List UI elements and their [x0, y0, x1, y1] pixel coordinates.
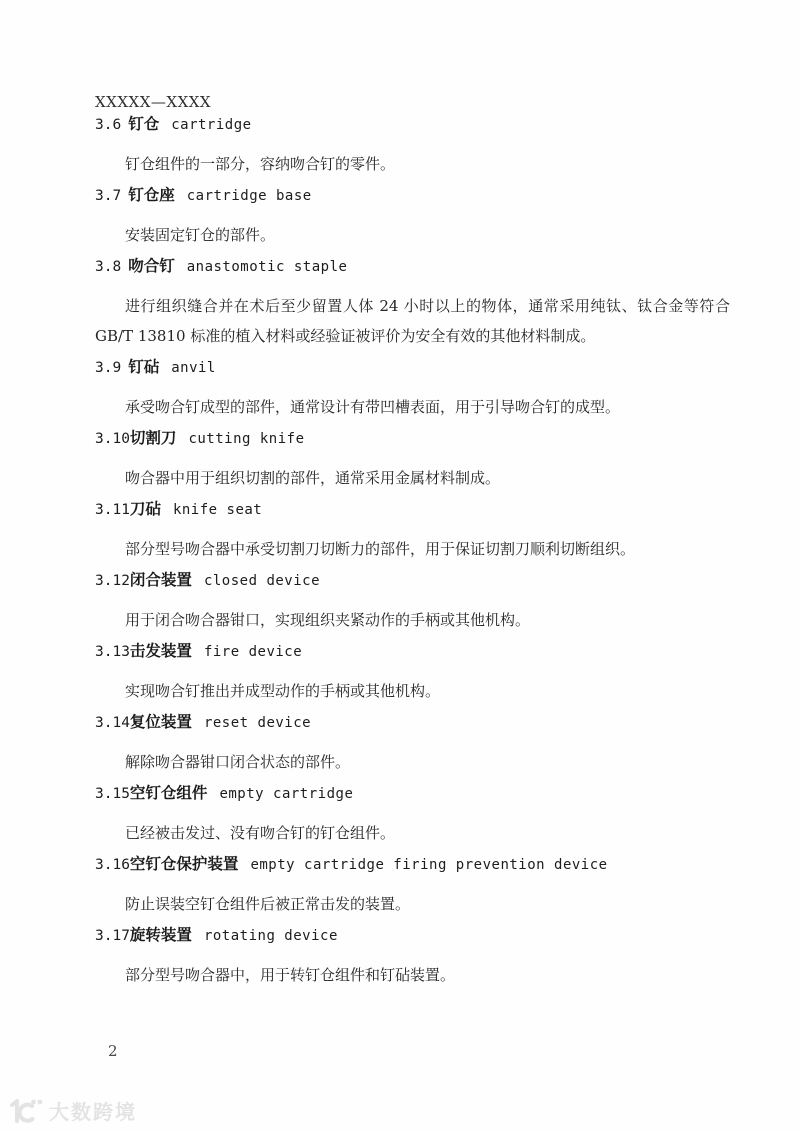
- term-section-3-15: 3.15空钉仓组件empty cartridge 已经被击发过、没有吻合钉的钉仓…: [95, 783, 730, 848]
- term-number: 3.10: [95, 431, 130, 447]
- term-heading: 3.14复位装置reset device: [95, 712, 730, 733]
- term-number: 3.15: [95, 786, 130, 802]
- term-name-en: reset device: [204, 715, 311, 731]
- term-number: 3.17: [95, 928, 130, 944]
- term-heading: 3.9钉砧anvil: [95, 357, 730, 378]
- term-number: 3.16: [95, 857, 130, 873]
- term-heading: 3.13击发装置fire device: [95, 641, 730, 662]
- term-name-cn: 击发装置: [130, 642, 192, 660]
- term-number: 3.6: [95, 117, 121, 133]
- term-section-3-8: 3.8吻合钉anastomotic staple 进行组织缝合并在术后至少留置人…: [95, 256, 730, 351]
- term-definition: 实现吻合钉推出并成型动作的手柄或其他机构。: [95, 676, 730, 706]
- document-code: XXXXX—XXXX: [95, 94, 730, 111]
- page-number: 2: [108, 1042, 730, 1060]
- term-name-en: empty cartridge: [219, 786, 353, 802]
- term-section-3-17: 3.17旋转装置rotating device 部分型号吻合器中，用于转钉仓组件…: [95, 925, 730, 990]
- term-name-cn: 钉砧: [128, 358, 159, 376]
- term-number: 3.14: [95, 715, 130, 731]
- term-definition: 安装固定钉仓的部件。: [95, 220, 730, 250]
- term-name-en: empty cartridge firing prevention device: [250, 857, 607, 873]
- term-section-3-11: 3.11刀砧knife seat 部分型号吻合器中承受切割刀切断力的部件，用于保…: [95, 499, 730, 564]
- term-heading: 3.8吻合钉anastomotic staple: [95, 256, 730, 277]
- term-heading: 3.12闭合装置closed device: [95, 570, 730, 591]
- term-definition: 部分型号吻合器中，用于转钉仓组件和钉砧装置。: [95, 960, 730, 990]
- term-section-3-13: 3.13击发装置fire device 实现吻合钉推出并成型动作的手柄或其他机构…: [95, 641, 730, 706]
- term-name-en: knife seat: [173, 502, 262, 518]
- term-name-cn: 闭合装置: [130, 571, 192, 589]
- term-name-cn: 复位装置: [130, 713, 192, 731]
- term-number: 3.13: [95, 644, 130, 660]
- term-name-en: cartridge: [171, 117, 251, 133]
- term-definition: 解除吻合器钳口闭合状态的部件。: [95, 747, 730, 777]
- term-heading: 3.10切割刀cutting knife: [95, 428, 730, 449]
- term-definition: 进行组织缝合并在术后至少留置人体 24 小时以上的物体，通常采用纯钛、钛合金等符…: [95, 291, 730, 351]
- term-name-en: rotating device: [204, 928, 338, 944]
- document-page: XXXXX—XXXX 3.6钉仓cartridge 钉仓组件的一部分，容纳吻合钉…: [0, 0, 800, 1131]
- term-name-cn: 旋转装置: [130, 926, 192, 944]
- watermark-text: 大数跨境: [49, 1096, 137, 1125]
- term-section-3-12: 3.12闭合装置closed device 用于闭合吻合器钳口，实现组织夹紧动作…: [95, 570, 730, 635]
- term-heading: 3.16空钉仓保护装置empty cartridge firing preven…: [95, 854, 730, 875]
- term-name-cn: 刀砧: [130, 500, 161, 518]
- term-definition: 部分型号吻合器中承受切割刀切断力的部件，用于保证切割刀顺利切断组织。: [95, 534, 730, 564]
- term-name-en: anvil: [171, 360, 216, 376]
- term-name-cn: 钉仓座: [128, 186, 175, 204]
- term-number: 3.12: [95, 573, 130, 589]
- term-heading: 3.17旋转装置rotating device: [95, 925, 730, 946]
- term-heading: 3.7钉仓座cartridge base: [95, 185, 730, 206]
- term-name-cn: 切割刀: [130, 429, 177, 447]
- term-section-3-14: 3.14复位装置reset device 解除吻合器钳口闭合状态的部件。: [95, 712, 730, 777]
- term-definition: 用于闭合吻合器钳口，实现组织夹紧动作的手柄或其他机构。: [95, 605, 730, 635]
- term-name-en: cutting knife: [188, 431, 304, 447]
- term-heading: 3.11刀砧knife seat: [95, 499, 730, 520]
- term-name-cn: 钉仓: [128, 115, 159, 133]
- term-name-en: closed device: [204, 573, 320, 589]
- term-definition: 吻合器中用于组织切割的部件，通常采用金属材料制成。: [95, 463, 730, 493]
- term-section-3-16: 3.16空钉仓保护装置empty cartridge firing preven…: [95, 854, 730, 919]
- term-number: 3.8: [95, 259, 121, 275]
- term-heading: 3.6钉仓cartridge: [95, 114, 730, 135]
- term-number: 3.9: [95, 360, 121, 376]
- term-definition: 承受吻合钉成型的部件，通常设计有带凹槽表面，用于引导吻合钉的成型。: [95, 392, 730, 422]
- term-definition: 防止误装空钉仓组件后被正常击发的装置。: [95, 889, 730, 919]
- term-definition: 已经被击发过、没有吻合钉的钉仓组件。: [95, 818, 730, 848]
- term-name-cn: 空钉仓保护装置: [130, 855, 239, 873]
- term-section-3-10: 3.10切割刀cutting knife 吻合器中用于组织切割的部件，通常采用金…: [95, 428, 730, 493]
- term-heading: 3.15空钉仓组件empty cartridge: [95, 783, 730, 804]
- dashu-kuajing-logo-icon: [8, 1097, 44, 1124]
- term-section-3-7: 3.7钉仓座cartridge base 安装固定钉仓的部件。: [95, 185, 730, 250]
- term-number: 3.11: [95, 502, 130, 518]
- term-name-en: cartridge base: [187, 188, 312, 204]
- page-content: XXXXX—XXXX 3.6钉仓cartridge 钉仓组件的一部分，容纳吻合钉…: [0, 0, 800, 1060]
- term-number: 3.7: [95, 188, 121, 204]
- term-definition: 钉仓组件的一部分，容纳吻合钉的零件。: [95, 149, 730, 179]
- watermark: 大数跨境: [8, 1096, 137, 1125]
- term-section-3-9: 3.9钉砧anvil 承受吻合钉成型的部件，通常设计有带凹槽表面，用于引导吻合钉…: [95, 357, 730, 422]
- term-section-3-6: 3.6钉仓cartridge 钉仓组件的一部分，容纳吻合钉的零件。: [95, 114, 730, 179]
- term-name-cn: 空钉仓组件: [130, 784, 208, 802]
- term-name-en: anastomotic staple: [187, 259, 348, 275]
- term-name-cn: 吻合钉: [128, 257, 175, 275]
- term-name-en: fire device: [204, 644, 302, 660]
